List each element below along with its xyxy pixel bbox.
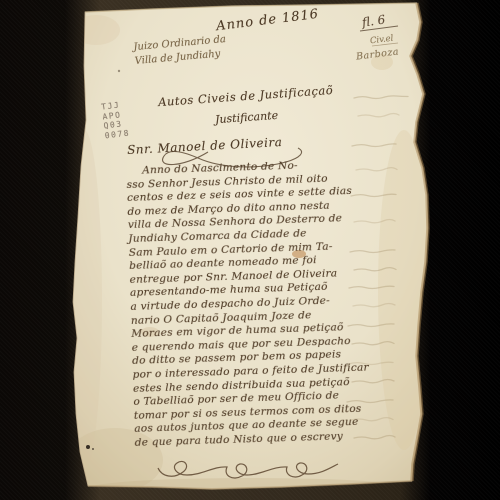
paper-fleck <box>86 445 90 449</box>
paper-fleck <box>118 70 120 72</box>
paper-fleck <box>92 448 94 450</box>
body-text: Anno do Nascimento de No-sso Senhor Jesu… <box>126 156 411 450</box>
archive-stamp: TJJAPOQ030078 <box>101 100 131 141</box>
manuscript-photo: Anno de 1816 fl. 6 Civ.el Barboza Juizo … <box>0 0 500 500</box>
stain-spot <box>72 15 120 45</box>
stain-spot <box>66 130 102 470</box>
